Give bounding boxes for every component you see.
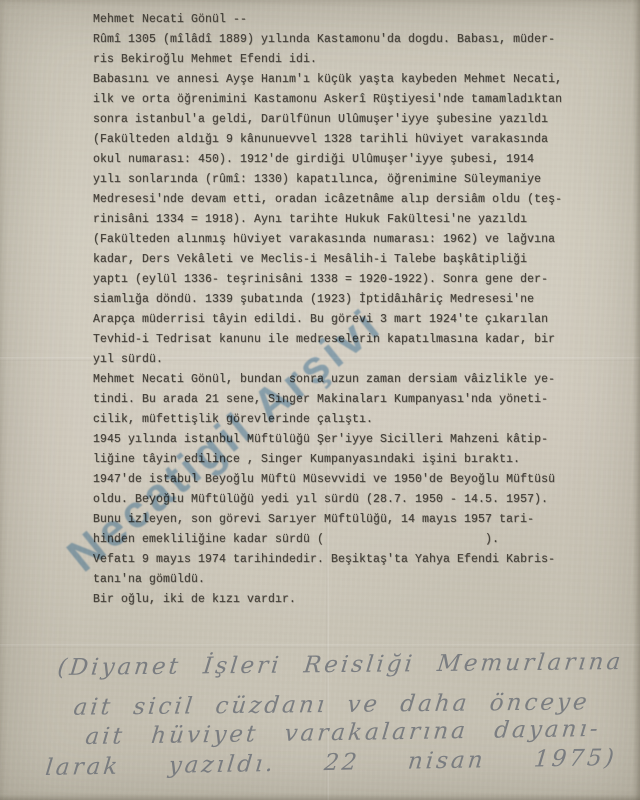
- handwritten-line: ait hüviyet varakalarına dayanı-: [84, 716, 602, 750]
- typed-line: yılı sonlarında (rûmî: 1330) kapatılınca…: [93, 170, 573, 190]
- typed-line: cilik, müfettişlik görevlerinde çalıştı.: [93, 410, 573, 430]
- typed-line: (Fakülteden alınmış hüviyet varakasında …: [93, 230, 573, 250]
- typed-line: yıl sürdü.: [93, 350, 573, 370]
- typed-line: siamlığa döndü. 1339 şubatında (1923) İp…: [93, 290, 573, 310]
- typed-line: Mehmet Necati Gönül, bundan sonra uzun z…: [93, 370, 573, 390]
- typed-line: yaptı (eylül 1336- teşrinisâni 1338 = 19…: [93, 270, 573, 290]
- typed-line: okul numarası: 450). 1912'de girdiği Ulû…: [93, 150, 573, 170]
- typed-line: 1945 yılında istanbul Müftülüğü Şer'iyye…: [93, 430, 573, 450]
- handwritten-line: larak yazıldı. 22 nisan 1975): [44, 745, 618, 781]
- typed-line: ilk ve orta öğrenimini Kastamonu Askerî …: [93, 90, 573, 110]
- typed-line: oldu. Beyoğlu Müftülüğü yedi yıl sürdü (…: [93, 490, 573, 510]
- typed-line: 1947'de istabul Beyoğlu Müftü Müsevvidi …: [93, 470, 573, 490]
- typed-line: sonra istanbul'a geldi, Darülfünun Ulûmu…: [93, 110, 573, 130]
- typed-line: Vefatı 9 mayıs 1974 tarihindedir. Beşikt…: [93, 550, 573, 570]
- typed-line: Mehmet Necati Gönül --: [93, 10, 573, 30]
- typed-line: kadar, Ders Vekâleti ve Meclis-i Mesâlih…: [93, 250, 573, 270]
- typed-line: tindi. Bu arada 21 sene, Singer Makinala…: [93, 390, 573, 410]
- scan-edge-shadow: [0, 794, 640, 800]
- typed-line: hinden emekliliğine kadar sürdü ( ).: [93, 530, 573, 550]
- typed-text-block: Mehmet Necati Gönül -- Rûmî 1305 (mîlâdî…: [93, 10, 573, 610]
- typed-line: Arapça müderrisi tâyin edildi. Bu görevi…: [93, 310, 573, 330]
- typed-line: Bunu izleyen, son görevi Sarıyer Müftülü…: [93, 510, 573, 530]
- typed-line: Rûmî 1305 (mîlâdî 1889) yılında Kastamon…: [93, 30, 573, 50]
- typed-line: Medresesi'nde devam etti, oradan icâzetn…: [93, 190, 573, 210]
- typed-line: Tevhid-i Tedrisat kanunu ile medreseleri…: [93, 330, 573, 350]
- scanned-document-page: Mehmet Necati Gönül -- Rûmî 1305 (mîlâdî…: [0, 0, 640, 800]
- handwritten-line: (Diyanet İşleri Reisliği Memurlarına: [56, 649, 625, 681]
- typed-line: (Fakülteden aldığı 9 kânunuevvel 1328 ta…: [93, 130, 573, 150]
- typed-line: rinisâni 1334 = 1918). Aynı tarihte Huku…: [93, 210, 573, 230]
- typed-line: tanı'na gömüldü.: [93, 570, 573, 590]
- typed-line: Babasını ve annesi Ayşe Hanım'ı küçük ya…: [93, 70, 573, 90]
- typed-line: ris Bekiroğlu Mehmet Efendi idi.: [93, 50, 573, 70]
- handwritten-line: ait sicil cüzdanı ve daha önceye: [72, 689, 591, 720]
- typed-line: liğine tâyin edilince , Singer Kumpanyas…: [93, 450, 573, 470]
- horizontal-fold-crease: [0, 644, 640, 648]
- typed-line: Bir oğlu, iki de kızı vardır.: [93, 590, 573, 610]
- scan-edge-shadow: [633, 0, 640, 800]
